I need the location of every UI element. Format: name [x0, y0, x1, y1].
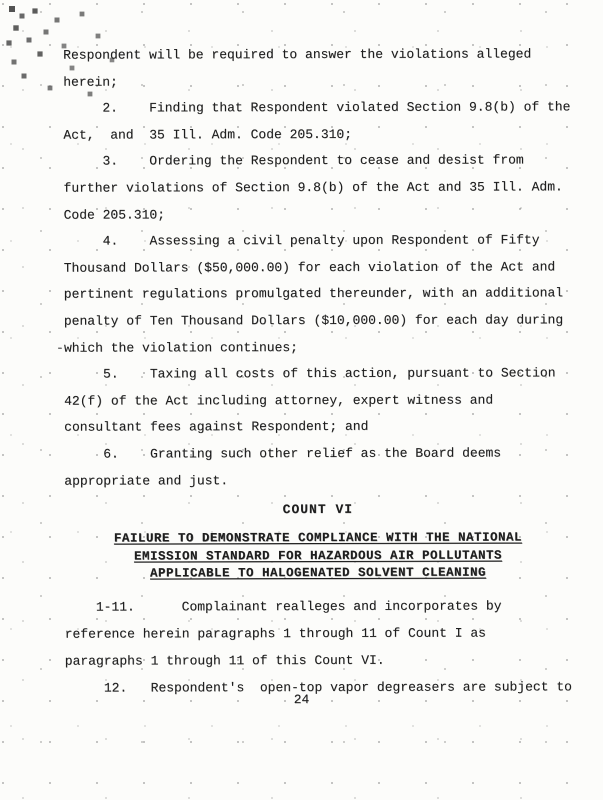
document-line: which the violation continues; — [64, 334, 571, 362]
page-number: 24 — [0, 692, 603, 707]
document-line: herein; — [63, 68, 570, 96]
count-title-line: APPLICABLE TO HALOGENATED SOLVENT CLEANI… — [65, 564, 572, 583]
document-line-paragraph-2: 2. Finding that Respondent violated Sect… — [63, 95, 570, 123]
document-line: pertinent regulations promulgated thereu… — [64, 281, 571, 309]
document-line-paragraph-3: 3. Ordering the Respondent to cease and … — [63, 148, 570, 176]
count-body: 1-11. Complainant realleges and incorpor… — [65, 592, 572, 701]
document-line: 42(f) of the Act including attorney, exp… — [64, 387, 571, 415]
document-line: Act, and 35 Ill. Adm. Code 205.310; — [63, 121, 570, 149]
count-heading: COUNT VI — [64, 498, 571, 521]
scanned-document-page: Respondent will be required to answer th… — [0, 0, 603, 800]
document-line: Thousand Dollars ($50,000.00) for each v… — [64, 254, 571, 282]
document-line: penalty of Ten Thousand Dollars ($10,000… — [64, 307, 571, 335]
count-title: FAILURE TO DEMONSTRATE COMPLIANCE WITH T… — [64, 529, 571, 583]
document-line: Respondent will be required to answer th… — [63, 41, 570, 69]
document-line: consultant fees against Respondent; and — [64, 414, 571, 442]
document-line-paragraph-6: 6. Granting such other relief as the Boa… — [64, 440, 571, 468]
document-line-paragraph-4: 4. Assessing a civil penalty upon Respon… — [64, 227, 571, 255]
document-line: Code 205.310; — [64, 201, 571, 229]
document-text: Respondent will be required to answer th… — [63, 41, 572, 701]
document-line: paragraphs 1 through 11 of this Count VI… — [65, 646, 572, 674]
scan-noise-smudge — [0, 0, 4, 4]
count-title-line: FAILURE TO DEMONSTRATE COMPLIANCE WITH T… — [64, 529, 571, 548]
document-line-paragraph-1-11: 1-11. Complainant realleges and incorpor… — [65, 592, 572, 620]
document-line: further violations of Section 9.8(b) of … — [63, 174, 570, 202]
document-line-paragraph-5: 5. Taxing all costs of this action, purs… — [64, 360, 571, 388]
count-title-line: EMISSION STANDARD FOR HAZARDOUS AIR POLL… — [64, 547, 571, 566]
document-line: reference herein paragraphs 1 through 11… — [65, 619, 572, 647]
document-line: appropriate and just. — [64, 467, 571, 495]
